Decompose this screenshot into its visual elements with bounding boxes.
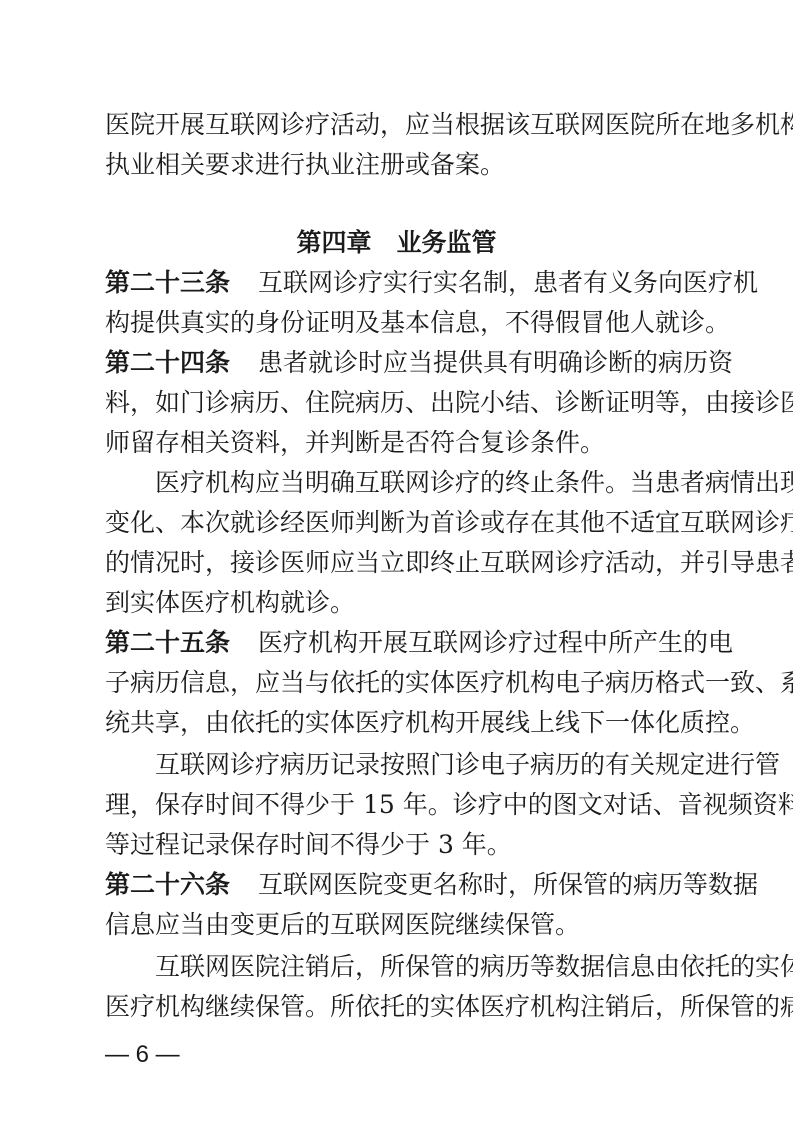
- text-line: 料，如门诊病历、住院病历、出院小结、诊断证明等，由接诊医: [105, 388, 693, 418]
- article-text: 互联网医院变更名称时，所保管的病历等数据: [258, 870, 758, 900]
- article-text: 互联网诊疗实行实名制，患者有义务向医疗机: [258, 268, 758, 298]
- text-line: 等过程记录保存时间不得少于 3 年。: [105, 830, 693, 860]
- text-line: 变化、本次就诊经医师判断为首诊或存在其他不适宜互联网诊疗: [105, 508, 693, 538]
- text-line: 医疗机构继续保管。所依托的实体医疗机构注销后，所保管的病: [105, 992, 693, 1022]
- text-line: 医疗机构应当明确互联网诊疗的终止条件。当患者病情出现: [155, 468, 693, 498]
- article-text: 患者就诊时应当提供具有明确诊断的病历资: [258, 348, 733, 378]
- text-line: 医院开展互联网诊疗活动，应当根据该互联网医院所在地多机构: [105, 110, 693, 140]
- text-line: 统共享，由依托的实体医疗机构开展线上线下一体化质控。: [105, 708, 693, 738]
- text-line: 执业相关要求进行执业注册或备案。: [105, 150, 693, 180]
- page-number: — 6 —: [105, 1040, 180, 1070]
- article-23: 第二十三条 互联网诊疗实行实名制，患者有义务向医疗机: [105, 268, 693, 298]
- text-line: 构提供真实的身份证明及基本信息，不得假冒他人就诊。: [105, 308, 693, 338]
- article-25: 第二十五条 医疗机构开展互联网诊疗过程中所产生的电: [105, 628, 693, 658]
- article-26: 第二十六条 互联网医院变更名称时，所保管的病历等数据: [105, 870, 693, 900]
- article-24: 第二十四条 患者就诊时应当提供具有明确诊断的病历资: [105, 348, 693, 378]
- text-line: 子病历信息，应当与依托的实体医疗机构电子病历格式一致、系: [105, 668, 693, 698]
- text-line: 互联网诊疗病历记录按照门诊电子病历的有关规定进行管: [155, 750, 693, 780]
- text-line: 的情况时，接诊医师应当立即终止互联网诊疗活动，并引导患者: [105, 548, 693, 578]
- article-text: 医疗机构开展互联网诊疗过程中所产生的电: [258, 628, 733, 658]
- text-line: 理，保存时间不得少于 15 年。诊疗中的图文对话、音视频资料: [105, 790, 693, 820]
- text-line: 互联网医院注销后，所保管的病历等数据信息由依托的实体: [155, 952, 693, 982]
- text-line: 师留存相关资料，并判断是否符合复诊条件。: [105, 428, 693, 458]
- document-page: 医院开展互联网诊疗活动，应当根据该互联网医院所在地多机构 执业相关要求进行执业注…: [0, 0, 793, 1122]
- text-line: 信息应当由变更后的互联网医院继续保管。: [105, 910, 693, 940]
- article-label: 第二十六条: [105, 870, 230, 900]
- chapter-heading: 第四章 业务监管: [0, 228, 793, 258]
- article-label: 第二十四条: [105, 348, 230, 378]
- article-label: 第二十三条: [105, 268, 230, 298]
- article-label: 第二十五条: [105, 628, 230, 658]
- text-line: 到实体医疗机构就诊。: [105, 588, 693, 618]
